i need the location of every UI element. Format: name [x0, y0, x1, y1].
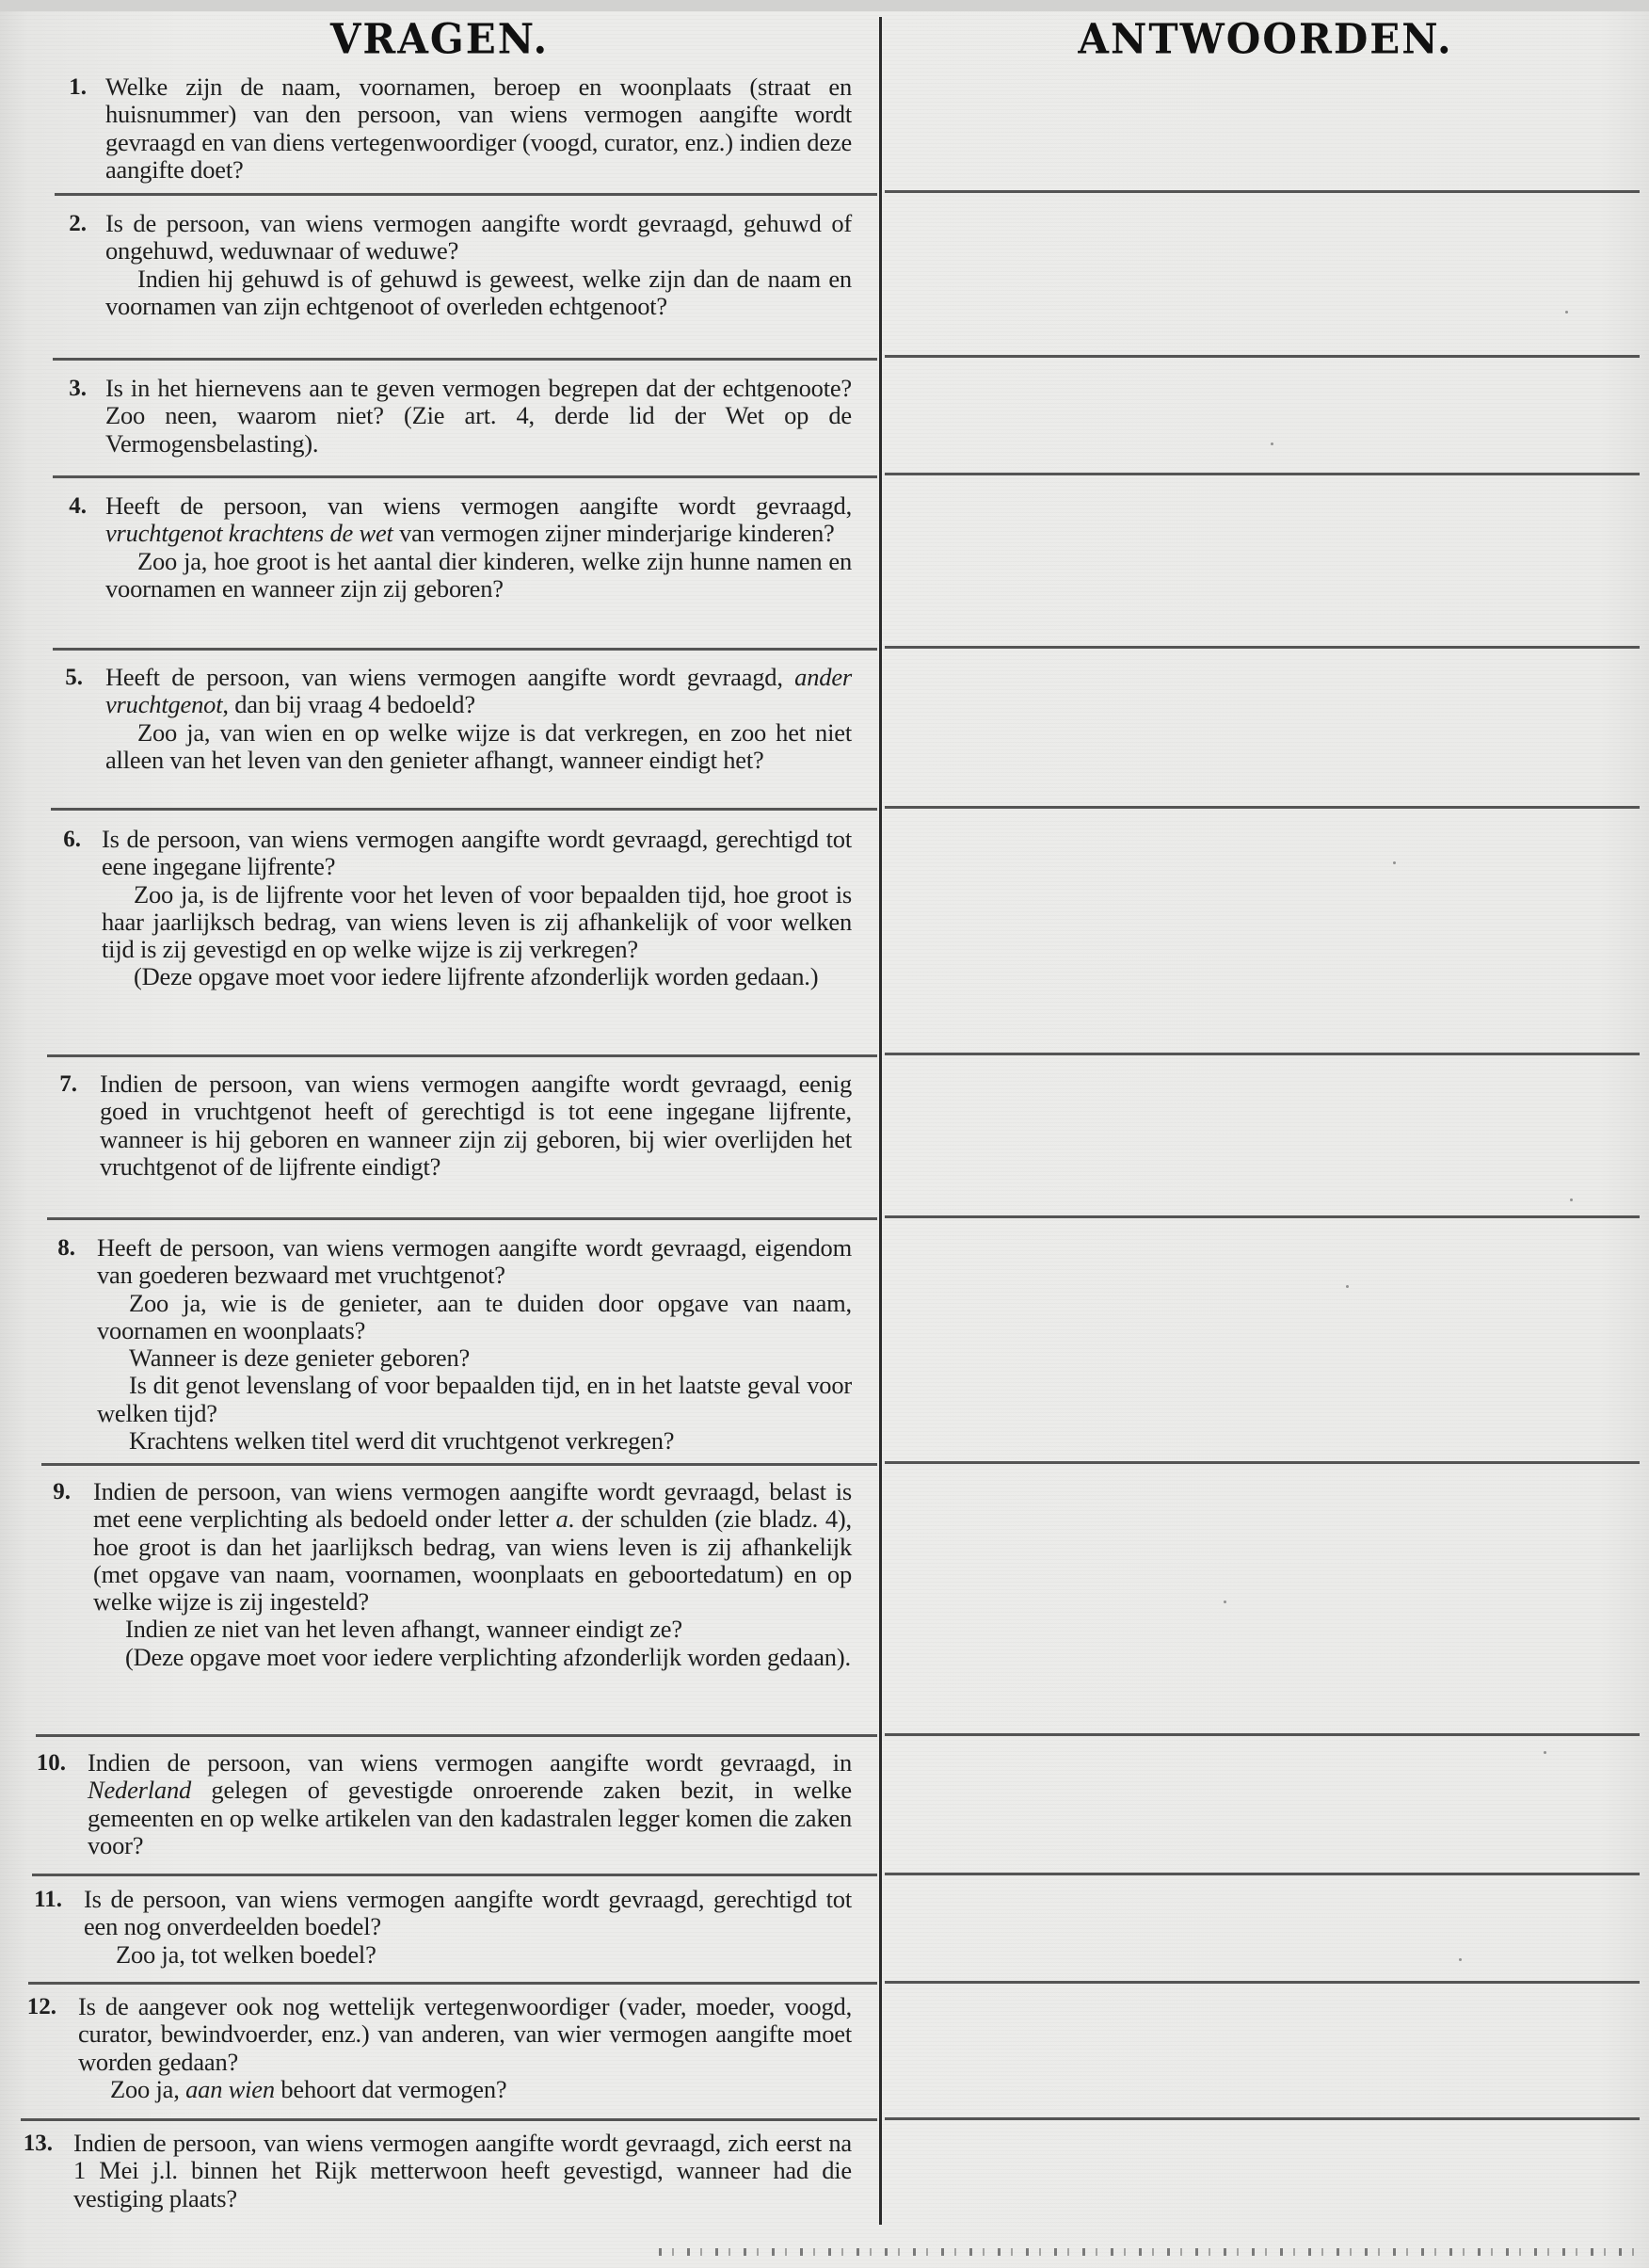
row-separator-right [885, 355, 1640, 358]
row-separator-left [51, 808, 877, 811]
question-paragraph: Is de persoon, van wiens vermogen aangif… [102, 826, 852, 881]
question-number: 4. [30, 492, 87, 520]
question-paragraph: Is dit genot levenslang of voor bepaalde… [97, 1372, 852, 1427]
question-text: Welke zijn de naam, voornamen, beroep en… [105, 73, 852, 184]
question-number: 2. [30, 210, 87, 237]
row-separator-left [47, 1217, 877, 1220]
question-text: Is in het hiernevens aan te geven vermog… [105, 375, 852, 458]
answer-field[interactable] [885, 2122, 1638, 2218]
row-separator-left [47, 1054, 877, 1057]
question-paragraph: Krachtens welken titel werd dit vruchtge… [97, 1427, 852, 1455]
answer-field[interactable] [885, 1986, 1638, 2115]
question-text: Is de persoon, van wiens vermogen aangif… [84, 1886, 852, 1969]
scan-speck [1570, 1198, 1573, 1201]
row-separator-left [53, 475, 877, 478]
question-paragraph: (Deze opgave moet voor iedere lijfrente … [102, 963, 852, 990]
question-text: Heeft de persoon, van wiens vermogen aan… [97, 1234, 852, 1455]
question-paragraph: Indien de persoon, van wiens vermogen aa… [93, 1478, 852, 1616]
question-paragraph: Zoo ja, aan wien behoort dat vermogen? [78, 2076, 852, 2103]
question-text: Heeft de persoon, van wiens vermogen aan… [105, 664, 852, 774]
row-separator-right [885, 1461, 1640, 1464]
question-paragraph: (Deze opgave moet voor iedere verplichti… [93, 1644, 852, 1671]
question-number: 1. [30, 73, 87, 101]
question-paragraph: Indien de persoon, van wiens vermogen aa… [73, 2130, 852, 2212]
row-separator-left [36, 1734, 877, 1737]
question-paragraph: Heeft de persoon, van wiens vermogen aan… [97, 1234, 852, 1290]
question-paragraph: Heeft de persoon, van wiens vermogen aan… [105, 664, 852, 719]
question-paragraph: Indien de persoon, van wiens vermogen aa… [88, 1749, 852, 1859]
question-number: 10. [9, 1749, 66, 1777]
row-separator-left [53, 648, 877, 651]
answers-column-header: ANTWOORDEN. [882, 10, 1649, 70]
scan-speck [1224, 1600, 1226, 1603]
row-separator-left [28, 1982, 877, 1985]
question-paragraph: Is de persoon, van wiens vermogen aangif… [84, 1886, 852, 1941]
row-separator-left [32, 1874, 877, 1876]
question-text: Indien de persoon, van wiens vermogen aa… [73, 2130, 852, 2212]
question-number: 7. [21, 1070, 77, 1098]
row-separator-right [885, 1215, 1640, 1218]
row-separator-right [885, 1981, 1640, 1984]
answer-field[interactable] [885, 812, 1638, 1051]
question-text: Indien de persoon, van wiens vermogen aa… [93, 1478, 852, 1671]
question-paragraph: Zoo ja, hoe groot is het aantal dier kin… [105, 548, 852, 603]
question-number: 8. [19, 1234, 75, 1262]
question-text: Indien de persoon, van wiens vermogen aa… [100, 1070, 852, 1181]
question-number: 3. [30, 375, 87, 402]
answer-field[interactable] [885, 1221, 1638, 1459]
row-separator-left [21, 2118, 877, 2121]
row-separator-right [885, 806, 1640, 809]
question-paragraph: Zoo ja, van wien en op welke wijze is da… [105, 719, 852, 775]
answer-field[interactable] [885, 651, 1638, 804]
question-number: 6. [24, 826, 81, 853]
row-separator-right [885, 1053, 1640, 1055]
answer-field[interactable] [885, 197, 1638, 354]
form-page: VRAGEN. ANTWOORDEN. 1.Welke zijn de naam… [0, 0, 1649, 2268]
row-separator-right [885, 1733, 1640, 1736]
question-text: Is de persoon, van wiens vermogen aangif… [102, 826, 852, 991]
question-paragraph: Indien de persoon, van wiens vermogen aa… [100, 1070, 852, 1181]
answer-field[interactable] [885, 1877, 1638, 1978]
question-text: Is de persoon, van wiens vermogen aangif… [105, 210, 852, 320]
row-separator-right [885, 473, 1640, 475]
question-number: 9. [14, 1478, 71, 1505]
row-separator-right [885, 646, 1640, 649]
question-paragraph: Zoo ja, wie is de genieter, aan te duide… [97, 1290, 852, 1345]
scan-speck [1459, 1958, 1462, 1961]
question-paragraph: Zoo ja, is de lijfrente voor het leven o… [102, 881, 852, 964]
row-separator-left [53, 358, 877, 361]
scan-speck [1271, 442, 1273, 445]
question-text: Indien de persoon, van wiens vermogen aa… [88, 1749, 852, 1859]
answer-field[interactable] [885, 362, 1638, 472]
question-number: 12. [0, 1993, 56, 2020]
question-text: Heeft de persoon, van wiens vermogen aan… [105, 492, 852, 603]
bottom-print-bleed [659, 2248, 1638, 2256]
row-separator-right [885, 1873, 1640, 1875]
question-text: Is de aangever ook nog wettelijk vertege… [78, 1993, 852, 2103]
question-paragraph: Welke zijn de naam, voornamen, beroep en… [105, 73, 852, 184]
question-number: 11. [6, 1886, 62, 1913]
question-paragraph: Is in het hiernevens aan te geven vermog… [105, 375, 852, 458]
scan-speck [1346, 1285, 1349, 1288]
answer-field[interactable] [885, 72, 1638, 189]
answer-field[interactable] [885, 479, 1638, 644]
answer-field[interactable] [885, 1467, 1638, 1730]
row-separator-left [41, 1463, 877, 1466]
question-number: 5. [26, 664, 83, 691]
row-separator-left [55, 193, 877, 196]
question-paragraph: Indien hij gehuwd is of gehuwd is gewees… [105, 265, 852, 321]
scan-speck [1544, 1751, 1546, 1754]
question-number: 13. [0, 2130, 53, 2157]
question-paragraph: Indien ze niet van het leven afhangt, wa… [93, 1616, 852, 1643]
question-paragraph: Heeft de persoon, van wiens vermogen aan… [105, 492, 852, 548]
questions-column-header: VRAGEN. [0, 10, 879, 70]
question-paragraph: Wanneer is deze genieter geboren? [97, 1344, 852, 1372]
question-paragraph: Zoo ja, tot welken boedel? [84, 1941, 852, 1969]
row-separator-right [885, 190, 1640, 193]
scan-speck [1565, 311, 1568, 314]
answer-field[interactable] [885, 1738, 1638, 1870]
question-paragraph: Is de aangever ook nog wettelijk vertege… [78, 1993, 852, 2076]
scan-speck [1393, 861, 1396, 864]
answer-field[interactable] [885, 1058, 1638, 1214]
column-divider [879, 17, 882, 2225]
row-separator-right [885, 2117, 1640, 2120]
question-paragraph: Is de persoon, van wiens vermogen aangif… [105, 210, 852, 265]
